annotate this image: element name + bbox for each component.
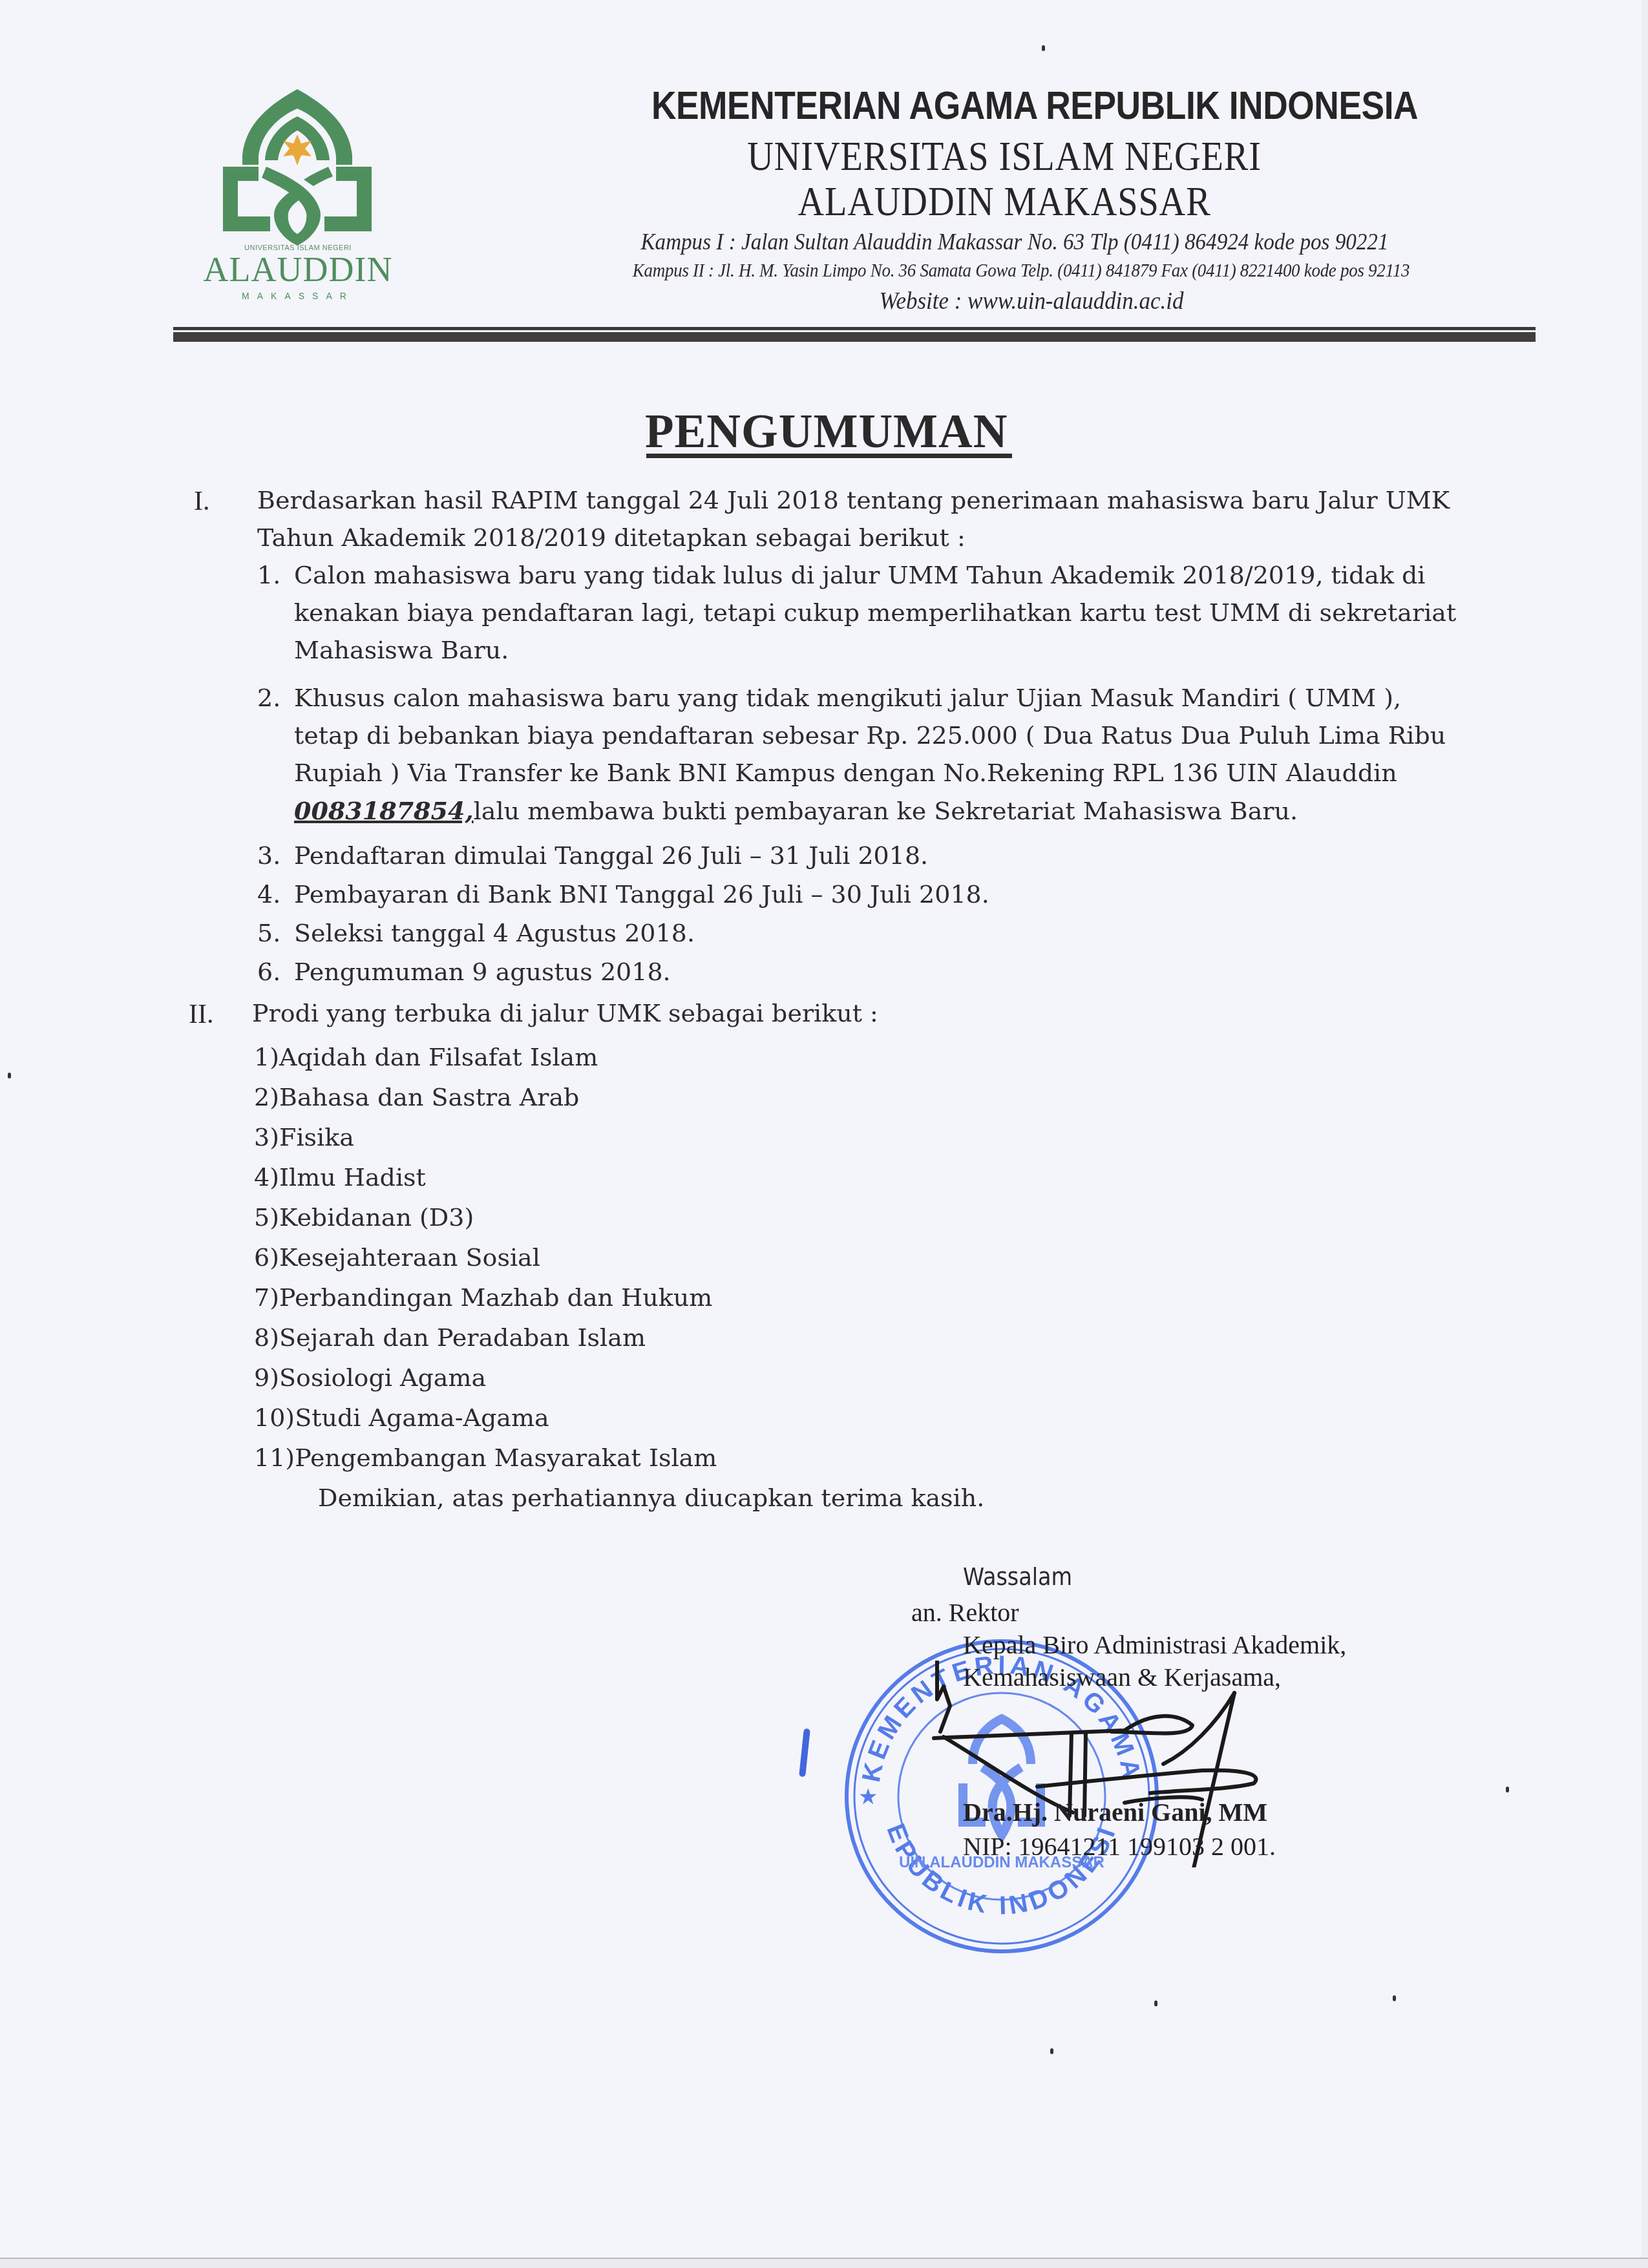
page-title: PENGUMUMAN [645,404,1008,459]
program-number: 11) [254,1444,295,1472]
section-1-intro-line: Berdasarkan hasil RAPIM tanggal 24 Juli … [257,486,1450,514]
closing-greeting: Wassalam [963,1562,1072,1591]
item-2-line: Khusus calon mahasiswa baru yang tidak m… [294,684,1401,712]
program-name: Sosiologi Agama [279,1363,486,1392]
scan-speck [1393,1995,1396,2001]
item-1-line: Calon mahasiswa baru yang tidak lulus di… [294,561,1426,589]
title-underline [646,454,1012,458]
item-3-line: Pendaftaran dimulai Tanggal 26 Juli – 31… [294,841,928,870]
letterhead-rule-thick [173,332,1536,342]
logo-caption-main: ALAUDDIN [199,249,397,289]
item-1-line: kenakan biaya pendaftaran lagi, tetapi c… [294,598,1456,627]
section-2-marker: II. [189,999,213,1030]
on-behalf-line: an. Rektor [911,1597,1019,1628]
program-name: Bahasa dan Sastra Arab [279,1083,579,1111]
program-name: Pengembangan Masyarakat Islam [295,1444,717,1472]
program-name: Kebidanan (D3) [279,1203,474,1232]
program-item: 4)Ilmu Hadist [254,1163,426,1192]
scan-speck [1042,45,1045,51]
program-item: 3)Fisika [254,1123,354,1151]
program-number: 6) [254,1243,279,1272]
item-2-line: tetap di bebankan biaya pendaftaran sebe… [294,721,1446,750]
scan-speck [1050,2048,1053,2054]
program-name: Perbandingan Mazhab dan Hukum [279,1283,712,1312]
position-line-1: Kepala Biro Administrasi Akademik, [963,1630,1346,1660]
item-6-number: 6. [257,958,280,986]
item-4-number: 4. [257,880,280,908]
scan-speck [1506,1787,1509,1792]
closing-sentence: Demikian, atas perhatiannya diucapkan te… [318,1484,984,1512]
program-item: 10)Studi Agama-Agama [254,1403,549,1432]
program-name: Aqidah dan Filsafat Islam [279,1043,598,1071]
scan-speck [8,1073,11,1078]
program-number: 10) [254,1403,295,1432]
bank-account-number: 0083187854, [294,796,474,825]
signatory-nip: NIP: 19641211 199103 2 001. [963,1831,1276,1862]
item-2-line: Rupiah ) Via Transfer ke Bank BNI Kampus… [294,759,1397,787]
campus-2-address: Kampus II : Jl. H. M. Yasin Limpo No. 36… [456,260,1586,282]
item-2-line: 0083187854,lalu membawa bukti pembayaran… [294,796,1298,825]
signatory-name: Dra.Hj. Nuraeni Gani, MM [963,1797,1267,1827]
item-4-line: Pembayaran di Bank BNI Tanggal 26 Juli –… [294,880,989,908]
ink-mark [799,1728,810,1778]
page-edge-right [1642,0,1648,2258]
item-5-number: 5. [257,919,280,947]
item-1-number: 1. [257,561,280,589]
website-line: Website : www.uin-alauddin.ac.id [472,287,1590,315]
program-item: 9)Sosiologi Agama [254,1363,486,1392]
program-number: 7) [254,1283,279,1312]
page-edge-bottom [0,2258,1648,2268]
logo-caption-sub: MAKASSAR [204,291,392,301]
program-number: 8) [254,1323,279,1352]
ministry-heading: KEMENTERIAN AGAMA REPUBLIK INDONESIA [512,83,1558,129]
program-name: Kesejahteraan Sosial [279,1243,540,1272]
letterhead-rule-thin [173,327,1536,330]
program-name: Fisika [279,1123,354,1151]
program-number: 4) [254,1163,279,1192]
campus-1-address: Kampus I : Jalan Sultan Alauddin Makassa… [456,228,1574,255]
item-5-line: Seleksi tanggal 4 Agustus 2018. [294,919,695,947]
program-number: 1) [254,1043,279,1071]
scan-speck [1154,2000,1157,2006]
section-1-marker: I. [194,486,210,517]
program-item: 5)Kebidanan (D3) [254,1203,474,1232]
section-2-intro: Prodi yang terbuka di jalur UMK sebagai … [252,999,878,1027]
item-6-line: Pengumuman 9 agustus 2018. [294,958,671,986]
item-2-number: 2. [257,684,280,712]
program-name: Studi Agama-Agama [295,1403,549,1432]
program-number: 2) [254,1083,279,1111]
program-item: 11)Pengembangan Masyarakat Islam [254,1444,717,1472]
program-item: 2)Bahasa dan Sastra Arab [254,1083,579,1111]
item-1-line: Mahasiswa Baru. [294,636,509,664]
program-item: 1)Aqidah dan Filsafat Islam [254,1043,598,1071]
item-3-number: 3. [257,841,280,870]
university-name-heading: ALAUDDIN MAKASSAR [470,178,1539,226]
program-number: 3) [254,1123,279,1151]
program-name: Ilmu Hadist [279,1163,426,1192]
program-item: 8)Sejarah dan Peradaban Islam [254,1323,646,1352]
program-item: 6)Kesejahteraan Sosial [254,1243,540,1272]
item-2-line-rest: lalu membawa bukti pembayaran ke Sekreta… [474,797,1298,825]
university-heading: UNIVERSITAS ISLAM NEGERI [470,132,1539,180]
program-name: Sejarah dan Peradaban Islam [279,1323,646,1352]
section-1-intro-line: Tahun Akademik 2018/2019 ditetapkan seba… [257,523,966,552]
program-number: 9) [254,1363,279,1392]
program-item: 7)Perbandingan Mazhab dan Hukum [254,1283,712,1312]
program-number: 5) [254,1203,279,1232]
